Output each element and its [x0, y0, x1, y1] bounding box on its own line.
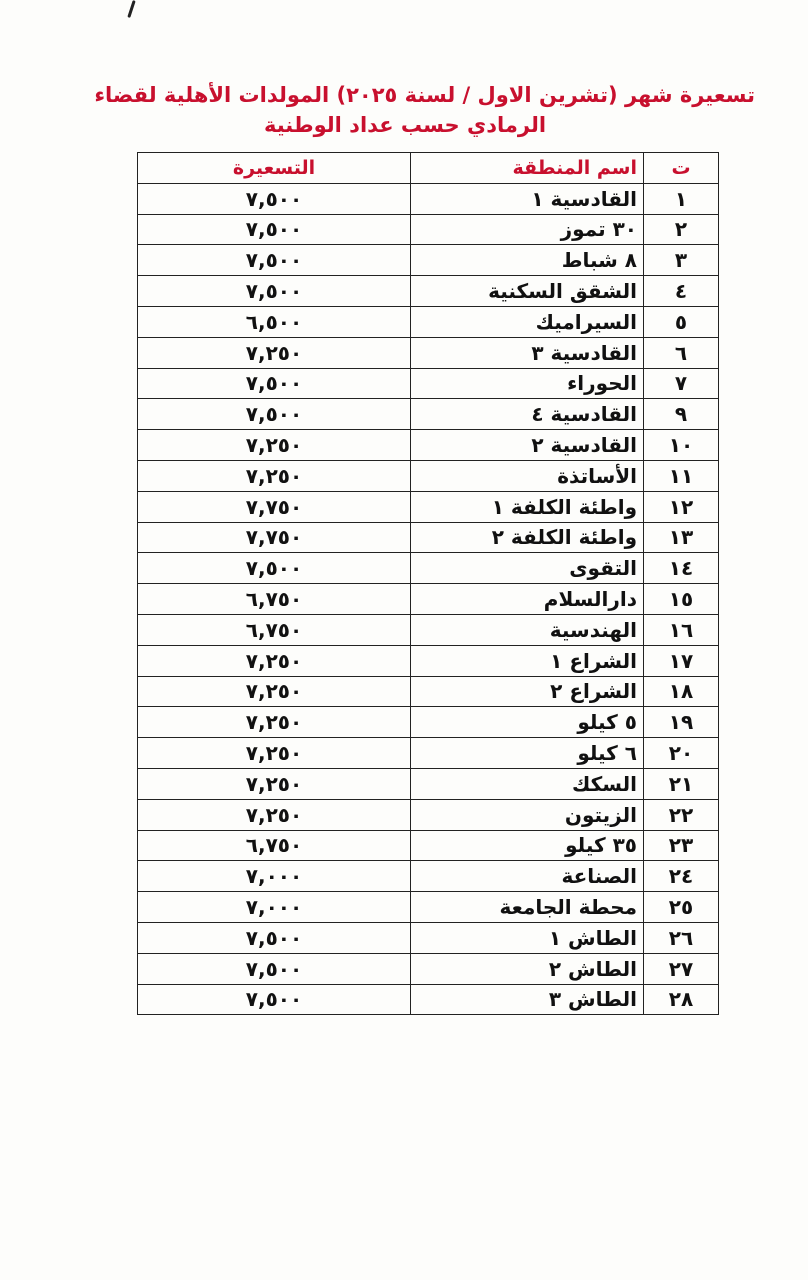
- table-row: ١القادسية ١٧,٥٠٠: [138, 183, 719, 214]
- row-number: ٢٤: [644, 861, 719, 892]
- price-value: ٧,٢٥٠: [138, 676, 411, 707]
- row-number: ١٠: [644, 430, 719, 461]
- area-name: القادسية ٢: [411, 430, 644, 461]
- table-row: ٧الحوراء٧,٥٠٠: [138, 368, 719, 399]
- price-value: ٦,٧٥٠: [138, 584, 411, 615]
- price-value: ٧,٥٠٠: [138, 214, 411, 245]
- area-name: ٨ شباط: [411, 245, 644, 276]
- header-price: التسعيرة: [138, 153, 411, 184]
- price-value: ٧,٢٥٠: [138, 738, 411, 769]
- row-number: ٩: [644, 399, 719, 430]
- row-number: ١١: [644, 460, 719, 491]
- price-value: ٧,٠٠٠: [138, 861, 411, 892]
- table-row: ٢٧الطاش ٢٧,٥٠٠: [138, 953, 719, 984]
- table-row: ٥السيراميك٦,٥٠٠: [138, 306, 719, 337]
- header-area: اسم المنطقة: [411, 153, 644, 184]
- table-row: ٢٠٦ كيلو٧,٢٥٠: [138, 738, 719, 769]
- row-number: ٢٦: [644, 922, 719, 953]
- table-row: ٢٥محطة الجامعة٧,٠٠٠: [138, 892, 719, 923]
- table-row: ١٣واطئة الكلفة ٢٧,٧٥٠: [138, 522, 719, 553]
- area-name: ٣٠ تموز: [411, 214, 644, 245]
- price-value: ٦,٧٥٠: [138, 830, 411, 861]
- header-no: ت: [644, 153, 719, 184]
- price-value: ٧,٢٥٠: [138, 799, 411, 830]
- row-number: ١٥: [644, 584, 719, 615]
- price-value: ٧,٢٥٠: [138, 430, 411, 461]
- area-name: الشقق السكنية: [411, 276, 644, 307]
- table-row: ١٥دارالسلام٦,٧٥٠: [138, 584, 719, 615]
- price-table: ت اسم المنطقة التسعيرة ١القادسية ١٧,٥٠٠٢…: [137, 152, 719, 1015]
- table-row: ١٤التقوى٧,٥٠٠: [138, 553, 719, 584]
- area-name: الطاش ١: [411, 922, 644, 953]
- price-value: ٧,٥٠٠: [138, 922, 411, 953]
- row-number: ١٩: [644, 707, 719, 738]
- area-name: ٣٥ كيلو: [411, 830, 644, 861]
- price-value: ٧,٧٥٠: [138, 522, 411, 553]
- area-name: واطئة الكلفة ١: [411, 491, 644, 522]
- price-value: ٧,٥٠٠: [138, 399, 411, 430]
- table-header-row: ت اسم المنطقة التسعيرة: [138, 153, 719, 184]
- table-row: ١٦الهندسية٦,٧٥٠: [138, 614, 719, 645]
- table-row: ٩القادسية ٤٧,٥٠٠: [138, 399, 719, 430]
- row-number: ٢١: [644, 768, 719, 799]
- table-row: ١٠القادسية ٢٧,٢٥٠: [138, 430, 719, 461]
- row-number: ٢٨: [644, 984, 719, 1015]
- price-value: ٧,٥٠٠: [138, 368, 411, 399]
- area-name: القادسية ٣: [411, 337, 644, 368]
- row-number: ١٨: [644, 676, 719, 707]
- price-value: ٧,٢٥٠: [138, 460, 411, 491]
- area-name: الصناعة: [411, 861, 644, 892]
- table-body: ١القادسية ١٧,٥٠٠٢٣٠ تموز٧,٥٠٠٣٨ شباط٧,٥٠…: [138, 183, 719, 1015]
- price-value: ٧,٥٠٠: [138, 553, 411, 584]
- price-value: ٧,٥٠٠: [138, 276, 411, 307]
- area-name: الزيتون: [411, 799, 644, 830]
- row-number: ٣: [644, 245, 719, 276]
- table-row: ٦القادسية ٣٧,٢٥٠: [138, 337, 719, 368]
- table-row: ٢٣٠ تموز٧,٥٠٠: [138, 214, 719, 245]
- table-row: ٢٤الصناعة٧,٠٠٠: [138, 861, 719, 892]
- row-number: ١٢: [644, 491, 719, 522]
- table-row: ٢٣٣٥ كيلو٦,٧٥٠: [138, 830, 719, 861]
- area-name: الطاش ٣: [411, 984, 644, 1015]
- table-row: ١١الأساتذة٧,٢٥٠: [138, 460, 719, 491]
- price-value: ٦,٧٥٠: [138, 614, 411, 645]
- price-value: ٧,٠٠٠: [138, 892, 411, 923]
- area-name: القادسية ٤: [411, 399, 644, 430]
- price-value: ٧,٢٥٠: [138, 707, 411, 738]
- table-row: ١٨الشراع ٢٧,٢٥٠: [138, 676, 719, 707]
- row-number: ٢٣: [644, 830, 719, 861]
- price-value: ٧,٥٠٠: [138, 984, 411, 1015]
- row-number: ١٣: [644, 522, 719, 553]
- price-value: ٦,٥٠٠: [138, 306, 411, 337]
- price-value: ٧,٥٠٠: [138, 183, 411, 214]
- area-name: دارالسلام: [411, 584, 644, 615]
- area-name: ٦ كيلو: [411, 738, 644, 769]
- row-number: ٢٧: [644, 953, 719, 984]
- price-value: ٧,٥٠٠: [138, 245, 411, 276]
- area-name: القادسية ١: [411, 183, 644, 214]
- table-row: ٢١السكك٧,٢٥٠: [138, 768, 719, 799]
- title-line-2: الرمادي حسب عداد الوطنية: [55, 110, 755, 140]
- row-number: ٢٢: [644, 799, 719, 830]
- area-name: التقوى: [411, 553, 644, 584]
- area-name: الشراع ١: [411, 645, 644, 676]
- row-number: ٤: [644, 276, 719, 307]
- area-name: السكك: [411, 768, 644, 799]
- table-row: ١٢واطئة الكلفة ١٧,٧٥٠: [138, 491, 719, 522]
- area-name: السيراميك: [411, 306, 644, 337]
- row-number: ٥: [644, 306, 719, 337]
- area-name: الحوراء: [411, 368, 644, 399]
- price-value: ٧,٧٥٠: [138, 491, 411, 522]
- row-number: ١٧: [644, 645, 719, 676]
- table-row: ٣٨ شباط٧,٥٠٠: [138, 245, 719, 276]
- area-name: الهندسية: [411, 614, 644, 645]
- row-number: ١٤: [644, 553, 719, 584]
- area-name: الشراع ٢: [411, 676, 644, 707]
- price-value: ٧,٢٥٠: [138, 337, 411, 368]
- title-line-1: تسعيرة شهر (تشرين الاول / لسنة ٢٠٢٥) الم…: [55, 80, 755, 110]
- row-number: ١٦: [644, 614, 719, 645]
- table-row: ٤الشقق السكنية٧,٥٠٠: [138, 276, 719, 307]
- table-row: ١٩٥ كيلو٧,٢٥٠: [138, 707, 719, 738]
- area-name: واطئة الكلفة ٢: [411, 522, 644, 553]
- row-number: ٢: [644, 214, 719, 245]
- document-title: تسعيرة شهر (تشرين الاول / لسنة ٢٠٢٥) الم…: [55, 80, 755, 140]
- area-name: ٥ كيلو: [411, 707, 644, 738]
- row-number: ٢٥: [644, 892, 719, 923]
- table-row: ١٧الشراع ١٧,٢٥٠: [138, 645, 719, 676]
- area-name: محطة الجامعة: [411, 892, 644, 923]
- table-row: ٢٦الطاش ١٧,٥٠٠: [138, 922, 719, 953]
- row-number: ٢٠: [644, 738, 719, 769]
- price-value: ٧,٢٥٠: [138, 645, 411, 676]
- table-row: ٢٨الطاش ٣٧,٥٠٠: [138, 984, 719, 1015]
- pen-mark: [127, 0, 135, 18]
- area-name: الطاش ٢: [411, 953, 644, 984]
- row-number: ٧: [644, 368, 719, 399]
- row-number: ١: [644, 183, 719, 214]
- row-number: ٦: [644, 337, 719, 368]
- price-value: ٧,٢٥٠: [138, 768, 411, 799]
- table-row: ٢٢الزيتون٧,٢٥٠: [138, 799, 719, 830]
- price-value: ٧,٥٠٠: [138, 953, 411, 984]
- area-name: الأساتذة: [411, 460, 644, 491]
